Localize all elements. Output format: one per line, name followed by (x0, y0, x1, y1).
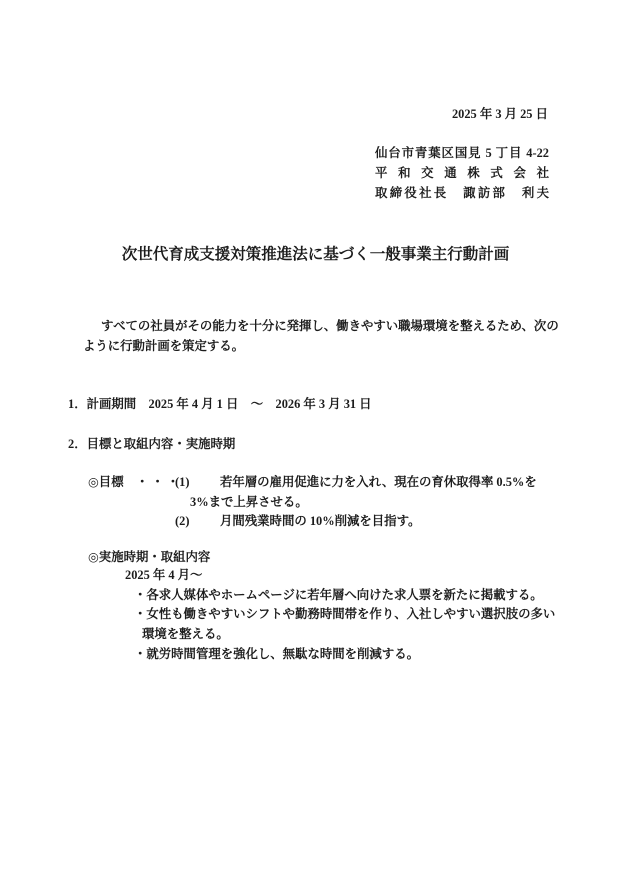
implementation-period: 2025 年 4 月～ (125, 567, 202, 583)
implementation-bullet-2-line-2: 環境を整える。 (142, 626, 229, 642)
intro-line-2: ように行動計画を策定する。 (83, 338, 244, 354)
bullet-text: 就労時間管理を強化し、無駄な時間を削減する。 (146, 647, 419, 661)
goals-label: ◎目標 (88, 474, 124, 490)
implementation-heading: ◎実施時期・取組内容 (88, 549, 210, 565)
bullet-marker: ・ (134, 607, 146, 621)
document-page: 2025 年 3 月 25 日 仙台市青葉区国見 5 丁目 4-22 平和交通株… (0, 0, 631, 894)
bullet-marker: ・ (134, 588, 146, 602)
sender-address: 仙台市青葉区国見 5 丁目 4-22 (375, 143, 549, 163)
goal-item-2-line-1: 月間残業時間の 10%削減を目指す。 (220, 513, 420, 529)
sender-representative: 取締役社長 諏訪部 利夫 (375, 183, 549, 203)
goal-item-1-number: (1) (175, 474, 189, 490)
implementation-bullet-1: ・各求人媒体やホームページに若年層へ向けた求人票を新たに掲載する。 (134, 587, 543, 603)
section-goals-heading: 2．目標と取組内容・実施時期 (68, 436, 235, 452)
bullet-text: 女性も働きやすいシフトや勤務時間帯を作り、入社しやすい選択肢の多い (146, 607, 555, 621)
goal-item-1-line-2: 3%まで上昇させる。 (190, 494, 308, 510)
bullet-text: 各求人媒体やホームページに若年層へ向けた求人票を新たに掲載する。 (146, 588, 542, 602)
implementation-bullet-3: ・就労時間管理を強化し、無駄な時間を削減する。 (134, 646, 419, 662)
sender-company-name: 平和交通株式会社 (375, 163, 549, 183)
bullet-marker: ・ (134, 647, 146, 661)
sender-block: 仙台市青葉区国見 5 丁目 4-22 平和交通株式会社 取締役社長 諏訪部 利夫 (375, 143, 549, 203)
goal-item-2-number: (2) (175, 513, 189, 529)
document-title: 次世代育成支援対策推進法に基づく一般事業主行動計画 (0, 245, 631, 265)
goal-item-1-line-1: 若年層の雇用促進に力を入れ、現在の育休取得率 0.5%を (220, 474, 537, 490)
implementation-bullet-2-line-1: ・女性も働きやすいシフトや勤務時間帯を作り、入社しやすい選択肢の多い (134, 606, 555, 622)
intro-line-1: すべての社員がその能力を十分に発揮し、働きやすい職場環境を整えるため、次の (101, 318, 559, 334)
document-date: 2025 年 3 月 25 日 (452, 106, 548, 122)
section-plan-period: 1．計画期間 2025 年 4 月 1 日 ～ 2026 年 3 月 31 日 (68, 396, 372, 412)
